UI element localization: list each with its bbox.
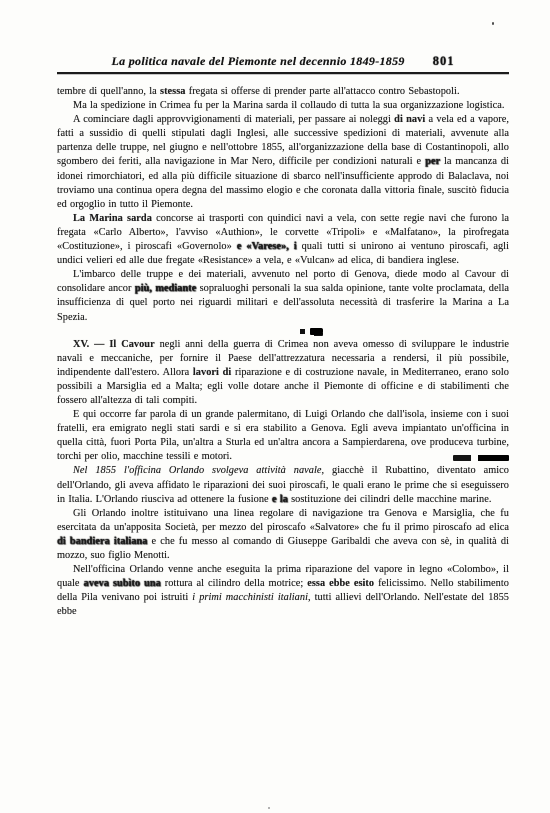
paragraph: A cominciare dagli approvvigionamenti di… xyxy=(57,113,509,212)
text-run: stessa xyxy=(160,86,185,97)
header-rule xyxy=(57,72,509,74)
text-run: di bandiera italiana xyxy=(57,536,147,547)
ink-mark xyxy=(310,328,323,335)
scanned-page: La politica navale del Piemonte nel dece… xyxy=(0,0,550,813)
paragraph: XV. — Il Cavour negli anni della guerra … xyxy=(57,338,509,408)
running-header-title: La politica navale del Piemonte nel dece… xyxy=(112,54,405,69)
text-run: rottura al cilindro della motrice; xyxy=(161,578,307,589)
paragraph: L'imbarco delle truppe e dei materiali, … xyxy=(57,268,509,324)
paragraph: E qui occorre far parola di un grande pa… xyxy=(57,408,509,464)
paragraph: Ma la spedizione in Crimea fu per la Mar… xyxy=(57,99,509,113)
text-run: e «Varese», i xyxy=(237,241,297,252)
text-run: di navi xyxy=(394,114,425,125)
text-run: La Marina sarda xyxy=(73,213,152,224)
paragraph: Nel 1855 l'officina Orlando svolgeva att… xyxy=(57,464,509,506)
ink-speck xyxy=(492,22,494,25)
text-run: sostituzione dei cilindri delle macchine… xyxy=(288,494,492,505)
paragraph: Gli Orlando inoltre istituivano una line… xyxy=(57,507,509,563)
paragraph: Nell'officina Orlando venne anche esegui… xyxy=(57,563,509,619)
section-break-marks xyxy=(57,325,509,338)
page-body: tembre di quell'anno, la stessa fregata … xyxy=(57,85,509,619)
text-run: i primi macchinisti italiani xyxy=(192,592,308,603)
ink-dash-mark xyxy=(453,455,509,461)
paragraph: La Marina sarda concorse ai trasporti co… xyxy=(57,212,509,268)
text-run: A cominciare dagli approvvigionamenti di… xyxy=(73,114,394,125)
text-run: Gli Orlando inoltre istituivano una line… xyxy=(57,508,509,533)
text-run: essa ebbe esito xyxy=(307,578,374,589)
text-run: tembre di quell'anno, la xyxy=(57,86,160,97)
text-run: lavori di xyxy=(193,367,231,378)
page-number: 801 xyxy=(433,54,455,69)
text-run: per xyxy=(425,156,440,167)
paragraph: tembre di quell'anno, la stessa fregata … xyxy=(57,85,509,99)
ink-mark xyxy=(300,329,305,334)
text-run: Nel 1855 l'officina Orlando svolgeva att… xyxy=(73,465,322,476)
text-run: Ma la spedizione in Crimea fu per la Mar… xyxy=(73,100,504,111)
text-run: e la xyxy=(272,494,288,505)
text-run: XV. — Il Cavour xyxy=(73,339,155,350)
text-run: fregata si offerse di prender parte all'… xyxy=(186,86,460,97)
running-header: La politica navale del Piemonte nel dece… xyxy=(57,54,509,69)
page-content: La politica navale del Piemonte nel dece… xyxy=(57,54,509,619)
text-run: più, mediante xyxy=(135,283,196,294)
text-run: E qui occorre far parola di un grande pa… xyxy=(57,409,509,462)
text-run: aveva subìto una xyxy=(84,578,161,589)
ink-speck xyxy=(268,807,270,809)
